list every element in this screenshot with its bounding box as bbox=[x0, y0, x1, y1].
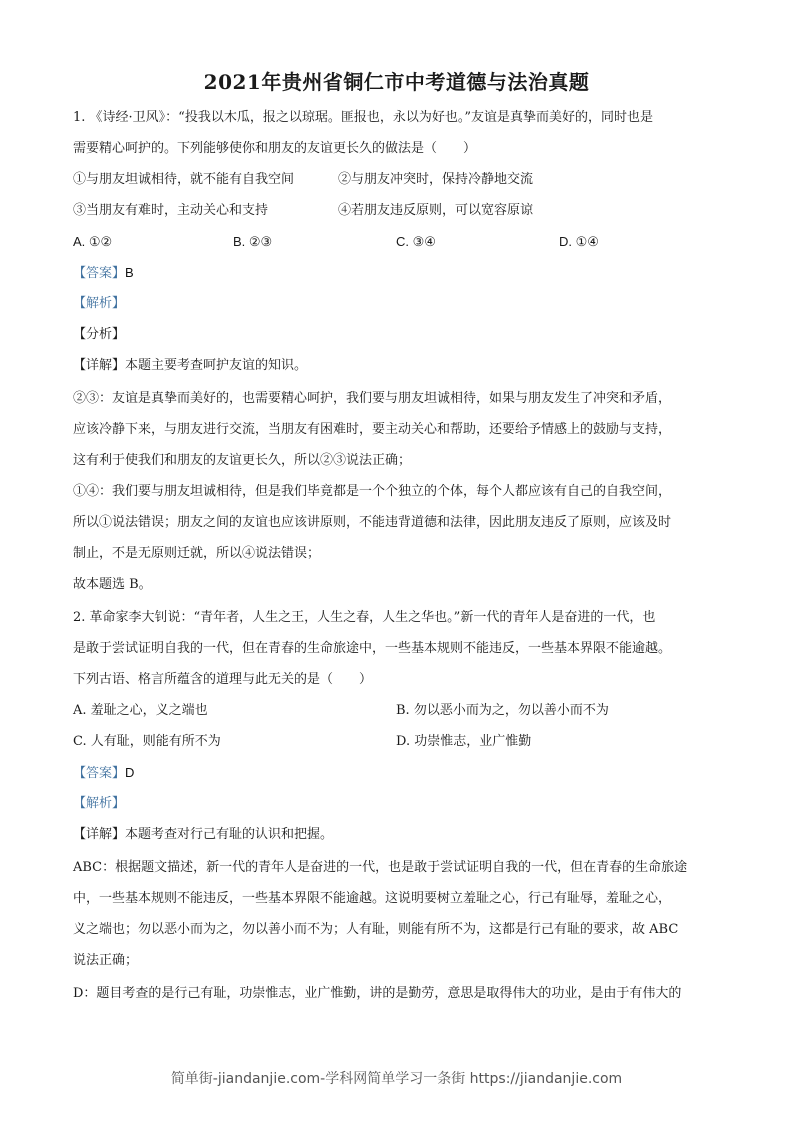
q1-fenxi-label: 【分析】 bbox=[73, 327, 125, 343]
answer-label: 【答案】 bbox=[73, 766, 125, 781]
q2-stem-line-2: 是敢于尝试证明自我的一代，但在青春的生命旅途中，一些基本规则不能违反，一些基本界… bbox=[73, 641, 671, 657]
q1-explanation-line-3: 这有利于使我们和朋友的友谊更长久，所以②③说法正确； bbox=[73, 453, 411, 469]
detail-intro: 本题考查对行己有耻的认识和把握。 bbox=[125, 827, 333, 842]
q1-statement-1: ①与朋友坦诚相待，就不能有自我空间 bbox=[73, 172, 294, 188]
q2-answer: 【答案】D bbox=[73, 765, 134, 782]
q1-option-b: B. ②③ bbox=[233, 234, 272, 250]
q1-statement-2: ②与朋友冲突时，保持冷静地交流 bbox=[338, 172, 533, 188]
document-page: 2021年贵州省铜仁市中考道德与法治真题 1. 《诗经·卫风》：“投我以木瓜，报… bbox=[0, 0, 793, 1122]
answer-value: D bbox=[125, 765, 134, 780]
q1-option-c: C. ③④ bbox=[396, 234, 436, 250]
footer-watermark: 简单街-jiandanjie.com-学科网简单学习一条街 https://ji… bbox=[0, 1068, 793, 1088]
q1-option-d: D. ①④ bbox=[559, 234, 599, 250]
q1-explanation-line-5: 所以①说法错误；朋友之间的友谊也应该讲原则，不能违背道德和法律，因此朋友违反了原… bbox=[73, 515, 671, 531]
q1-conclusion: 故本题选 B。 bbox=[73, 577, 152, 593]
q2-option-a: A. 羞耻之心，义之端也 bbox=[73, 703, 208, 719]
q1-statement-3: ③当朋友有难时，主动关心和支持 bbox=[73, 203, 268, 219]
q2-option-c: C. 人有耻，则能有所不为 bbox=[73, 734, 221, 750]
q2-explanation-line-5: D：题目考查的是行己有耻，功崇惟志，业广惟勤，讲的是勤劳，意思是取得伟大的功业，… bbox=[73, 986, 681, 1002]
q1-explanation-line-4: ①④：我们要与朋友坦诚相待，但是我们毕竟都是一个个独立的个体，每个人都应该有自己… bbox=[73, 484, 671, 500]
q1-stem-line-2: 需要精心呵护的。下列能够使你和朋友的友谊更长久的做法是（ ） bbox=[73, 141, 476, 157]
q1-stem-line-1: 1. 《诗经·卫风》：“投我以木瓜，报之以琼琚。匪报也，永以为好也。”友谊是真挚… bbox=[73, 110, 653, 126]
q2-detail: 【详解】本题考查对行己有耻的认识和把握。 bbox=[73, 827, 333, 843]
answer-label: 【答案】 bbox=[73, 266, 125, 281]
q1-analysis-label: 【解析】 bbox=[73, 296, 125, 312]
q2-explanation-line-2: 中，一些基本规则不能违反，一些基本界限不能逾越。这说明要树立羞耻之心，行己有耻辱… bbox=[73, 891, 671, 907]
q1-explanation-line-6: 制止，不是无原则迁就，所以④说法错误； bbox=[73, 546, 320, 562]
q1-explanation-line-2: 应该冷静下来，与朋友进行交流，当朋友有困难时，要主动关心和帮助，还要给予情感上的… bbox=[73, 422, 671, 438]
answer-value: B bbox=[125, 265, 134, 280]
q1-detail: 【详解】本题主要考查呵护友谊的知识。 bbox=[73, 358, 307, 374]
q1-statement-4: ④若朋友违反原则，可以宽容原谅 bbox=[338, 203, 533, 219]
detail-label: 【详解】 bbox=[73, 358, 125, 373]
q2-option-d: D. 功崇惟志，业广惟勤 bbox=[396, 734, 531, 750]
q2-explanation-line-4: 说法正确； bbox=[73, 953, 138, 969]
page-title: 2021年贵州省铜仁市中考道德与法治真题 bbox=[0, 66, 793, 95]
q2-analysis-label: 【解析】 bbox=[73, 796, 125, 812]
q2-explanation-line-1: ABC：根据题文描述，新一代的青年人是奋进的一代，也是敢于尝试证明自我的一代，但… bbox=[73, 860, 687, 876]
q1-option-a: A. ①② bbox=[73, 234, 112, 250]
q2-option-b: B. 勿以恶小而为之，勿以善小而不为 bbox=[396, 703, 609, 719]
q2-explanation-line-3: 义之端也；勿以恶小而为之，勿以善小而不为；人有耻，则能有所不为，这都是行己有耻的… bbox=[73, 922, 678, 938]
detail-intro: 本题主要考查呵护友谊的知识。 bbox=[125, 358, 307, 373]
q1-answer: 【答案】B bbox=[73, 265, 134, 282]
detail-label: 【详解】 bbox=[73, 827, 125, 842]
q2-stem-line-1: 2. 革命家李大钊说：“青年者，人生之王，人生之春，人生之华也。”新一代的青年人… bbox=[73, 610, 655, 626]
q1-explanation-line-1: ②③：友谊是真挚而美好的，也需要精心呵护，我们要与朋友坦诚相待，如果与朋友发生了… bbox=[73, 391, 671, 407]
q2-stem-line-3: 下列古语、格言所蕴含的道理与此无关的是（ ） bbox=[73, 672, 372, 688]
